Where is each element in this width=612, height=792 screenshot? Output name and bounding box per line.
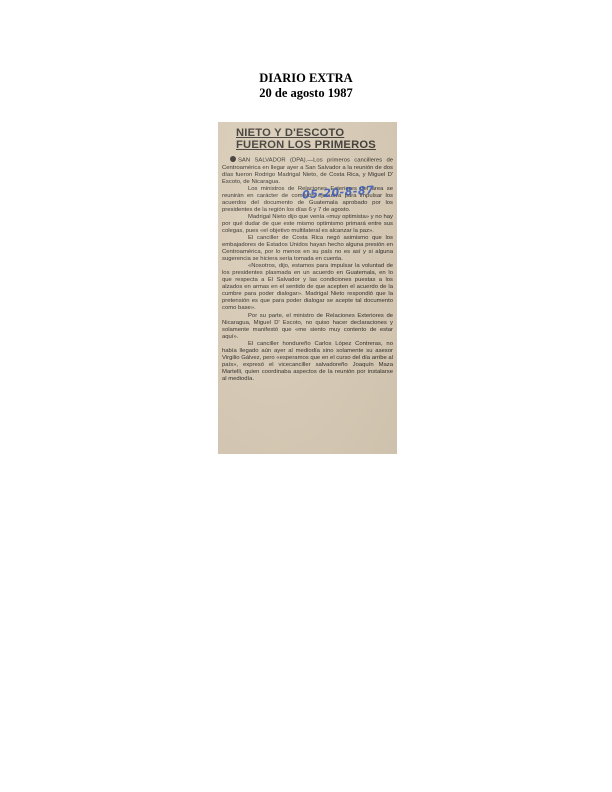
article-paragraph-6: Por su parte, el ministro de Relaciones … [222, 313, 393, 341]
article-paragraph-3: Madrigal Nieto dijo que venía «muy optim… [222, 214, 393, 235]
publication-date: 20 de agosto 1987 [0, 86, 612, 101]
article-paragraph-5: «Nosotros, dijo, estamos para impulsar l… [222, 263, 393, 312]
bullet-icon [230, 156, 236, 162]
headline-line-2: FUERON LOS PRIMEROS [236, 139, 393, 151]
article-paragraph-4: El canciller de Costa Rica negó asimismo… [222, 235, 393, 263]
article-paragraph-7: El canciller hondureño Carlos López Cont… [222, 341, 393, 383]
article-paragraph-1: SAN SALVADOR (DPA).—Los primeros cancill… [222, 156, 393, 186]
newspaper-clipping: NIETO Y D'ESCOTO FUERON LOS PRIMEROS 05-… [218, 122, 397, 454]
document-header: DIARIO EXTRA 20 de agosto 1987 [0, 71, 612, 101]
clipping-headline: NIETO Y D'ESCOTO FUERON LOS PRIMEROS [236, 127, 393, 151]
headline-line-1: NIETO Y D'ESCOTO [236, 127, 393, 139]
publication-name: DIARIO EXTRA [0, 71, 612, 86]
